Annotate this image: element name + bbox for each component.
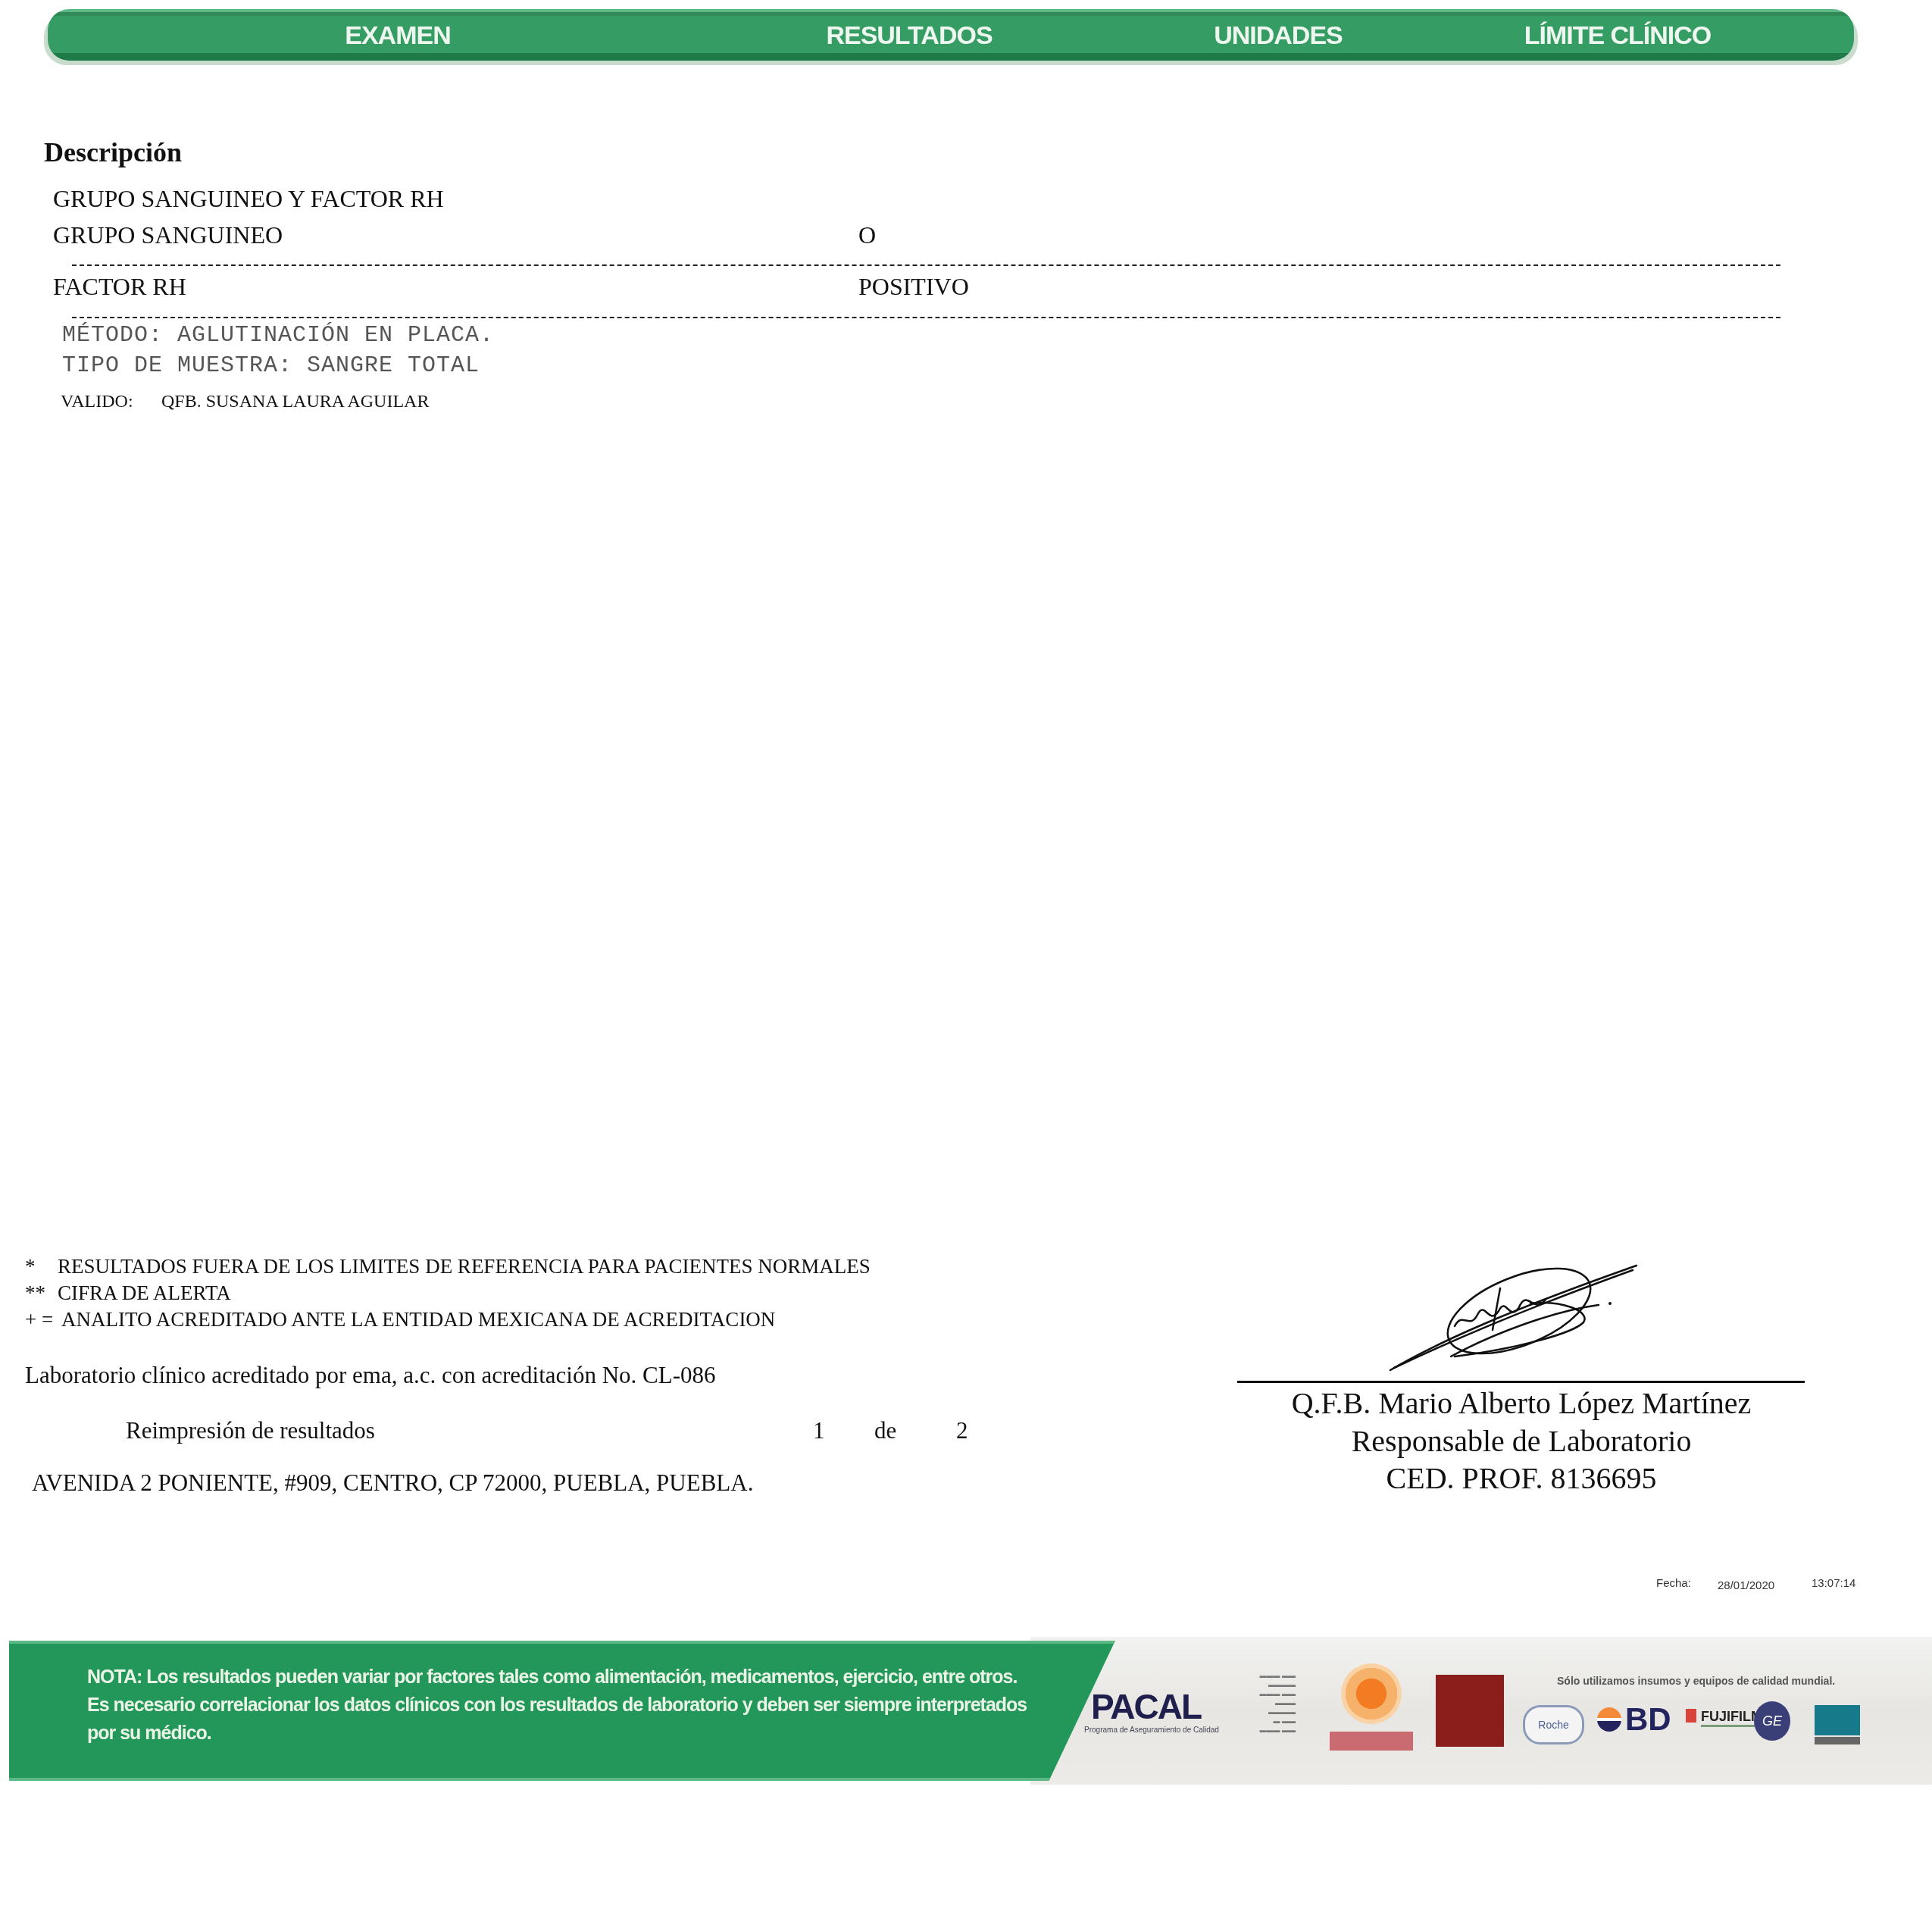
- signer-role: Responsable de Laboratorio: [1352, 1423, 1692, 1459]
- fujifilm-logo: FUJIFILM: [1701, 1709, 1762, 1727]
- sample-type-note: TIPO DE MUESTRA: SANGRE TOTAL: [62, 353, 480, 379]
- disclaimer-text: NOTA: Los resultados pueden variar por f…: [87, 1663, 1034, 1748]
- bd-emblem-icon: [1597, 1707, 1621, 1732]
- page-of-label: de: [874, 1417, 896, 1444]
- signer-name: Q.F.B. Mario Alberto López Martínez: [1292, 1385, 1752, 1421]
- header-column-units: UNIDADES: [1214, 9, 1343, 61]
- result-row-exam: GRUPO SANGUINEO: [53, 221, 283, 249]
- lab-address: AVENIDA 2 PONIENTE, #909, CENTRO, CP 720…: [32, 1469, 753, 1497]
- validated-by: QFB. SUSANA LAURA AGUILAR: [161, 392, 429, 412]
- sun-emblem-logo: [1341, 1663, 1402, 1724]
- signer-license: CED. PROF. 8136695: [1386, 1460, 1657, 1496]
- section-title: Descripción: [44, 136, 182, 168]
- test-group-title: GRUPO SANGUINEO Y FACTOR RH: [53, 185, 444, 213]
- validated-label: VALIDO:: [61, 392, 133, 412]
- header-column-clinical-limit: LÍMITE CLÍNICO: [1524, 9, 1712, 61]
- footnote-mark: *: [25, 1255, 36, 1278]
- ge-logo: GE: [1754, 1701, 1790, 1741]
- footnote-text: CIFRA DE ALERTA: [58, 1281, 231, 1305]
- print-date: 28/01/2020: [1718, 1579, 1774, 1592]
- disclaimer-body: Los resultados pueden variar por factore…: [87, 1666, 1027, 1744]
- roche-logo: Roche: [1523, 1705, 1584, 1744]
- page-total: 2: [956, 1417, 968, 1444]
- bd-logo: BD: [1625, 1701, 1671, 1738]
- red-square-logo: [1436, 1675, 1504, 1747]
- pacal-logo-subtitle: Programa de Aseguramiento de Calidad: [1083, 1726, 1220, 1735]
- disclaimer-label: NOTA:: [87, 1666, 142, 1688]
- row-divider: [72, 317, 1780, 318]
- print-time: 13:07:14: [1812, 1577, 1855, 1590]
- result-row-value: POSITIVO: [858, 273, 969, 301]
- footnote-mark: + =: [25, 1308, 53, 1331]
- header-column-results: RESULTADOS: [826, 9, 992, 61]
- reprint-label: Reimpresión de resultados: [126, 1417, 375, 1444]
- teal-brand-logo: [1815, 1705, 1860, 1735]
- row-divider: [72, 264, 1780, 266]
- footnote-text: RESULTADOS FUERA DE LOS LIMITES DE REFER…: [58, 1255, 871, 1278]
- result-row-value: O: [858, 221, 876, 249]
- accreditation-note: Laboratorio clínico acreditado por ema, …: [25, 1362, 716, 1389]
- footnote-text: ANALITO ACREDITADO ANTE LA ENTIDAD MEXIC…: [61, 1308, 775, 1331]
- sun-emblem-caption: [1330, 1732, 1413, 1751]
- signature-image: [1379, 1258, 1652, 1379]
- signature-line: [1237, 1381, 1805, 1383]
- certification-text-logo: ▬▬▬ ▬▬▬▬▬▬▬▬▬ ▬▬▬▬▬▬▬▬▬▬ ▬▬▬▬▬ ▬▬: [1235, 1671, 1296, 1735]
- date-label: Fecha:: [1656, 1577, 1691, 1590]
- header-column-exam: EXAMEN: [345, 9, 450, 61]
- fujifilm-mark-icon: [1686, 1709, 1696, 1723]
- pacal-logo: PACAL: [1091, 1686, 1201, 1727]
- page-current: 1: [813, 1417, 825, 1444]
- method-note: MÉTODO: AGLUTINACIÓN EN PLACA.: [62, 323, 494, 349]
- result-row-exam: FACTOR RH: [53, 273, 186, 301]
- footnote-mark: **: [25, 1281, 45, 1305]
- teal-brand-caption: [1815, 1737, 1860, 1744]
- quality-tagline: Sólo utilizamos insumos y equipos de cal…: [1557, 1675, 1835, 1687]
